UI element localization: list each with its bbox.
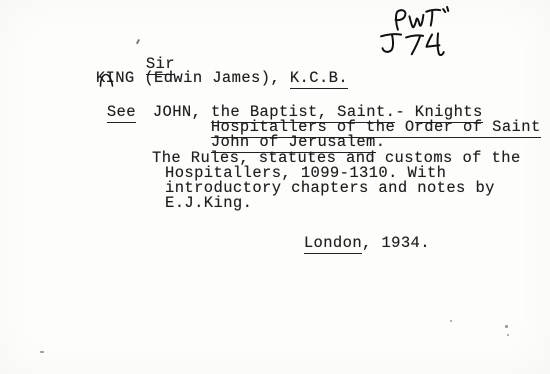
scan-speck (507, 334, 509, 336)
catalog-card: PWT J 74 Sir KING (Edwin Jame (0, 0, 550, 374)
title-line4: E.J.King. (165, 195, 252, 211)
scan-speck (450, 320, 452, 322)
handwriting-strokes-icon (375, 3, 462, 64)
handwritten-shelfmark: PWT J 74 (376, 4, 461, 66)
imprint-date: , 1934. (362, 234, 430, 252)
heading-postnominal: K.C.B. (290, 69, 348, 89)
imprint-line: London, 1934. (265, 219, 430, 267)
scan-speck (505, 325, 508, 328)
heading-main-text: KING (Edwin James), (96, 69, 290, 87)
scan-speck (40, 351, 44, 353)
imprint-place: London (304, 234, 362, 254)
